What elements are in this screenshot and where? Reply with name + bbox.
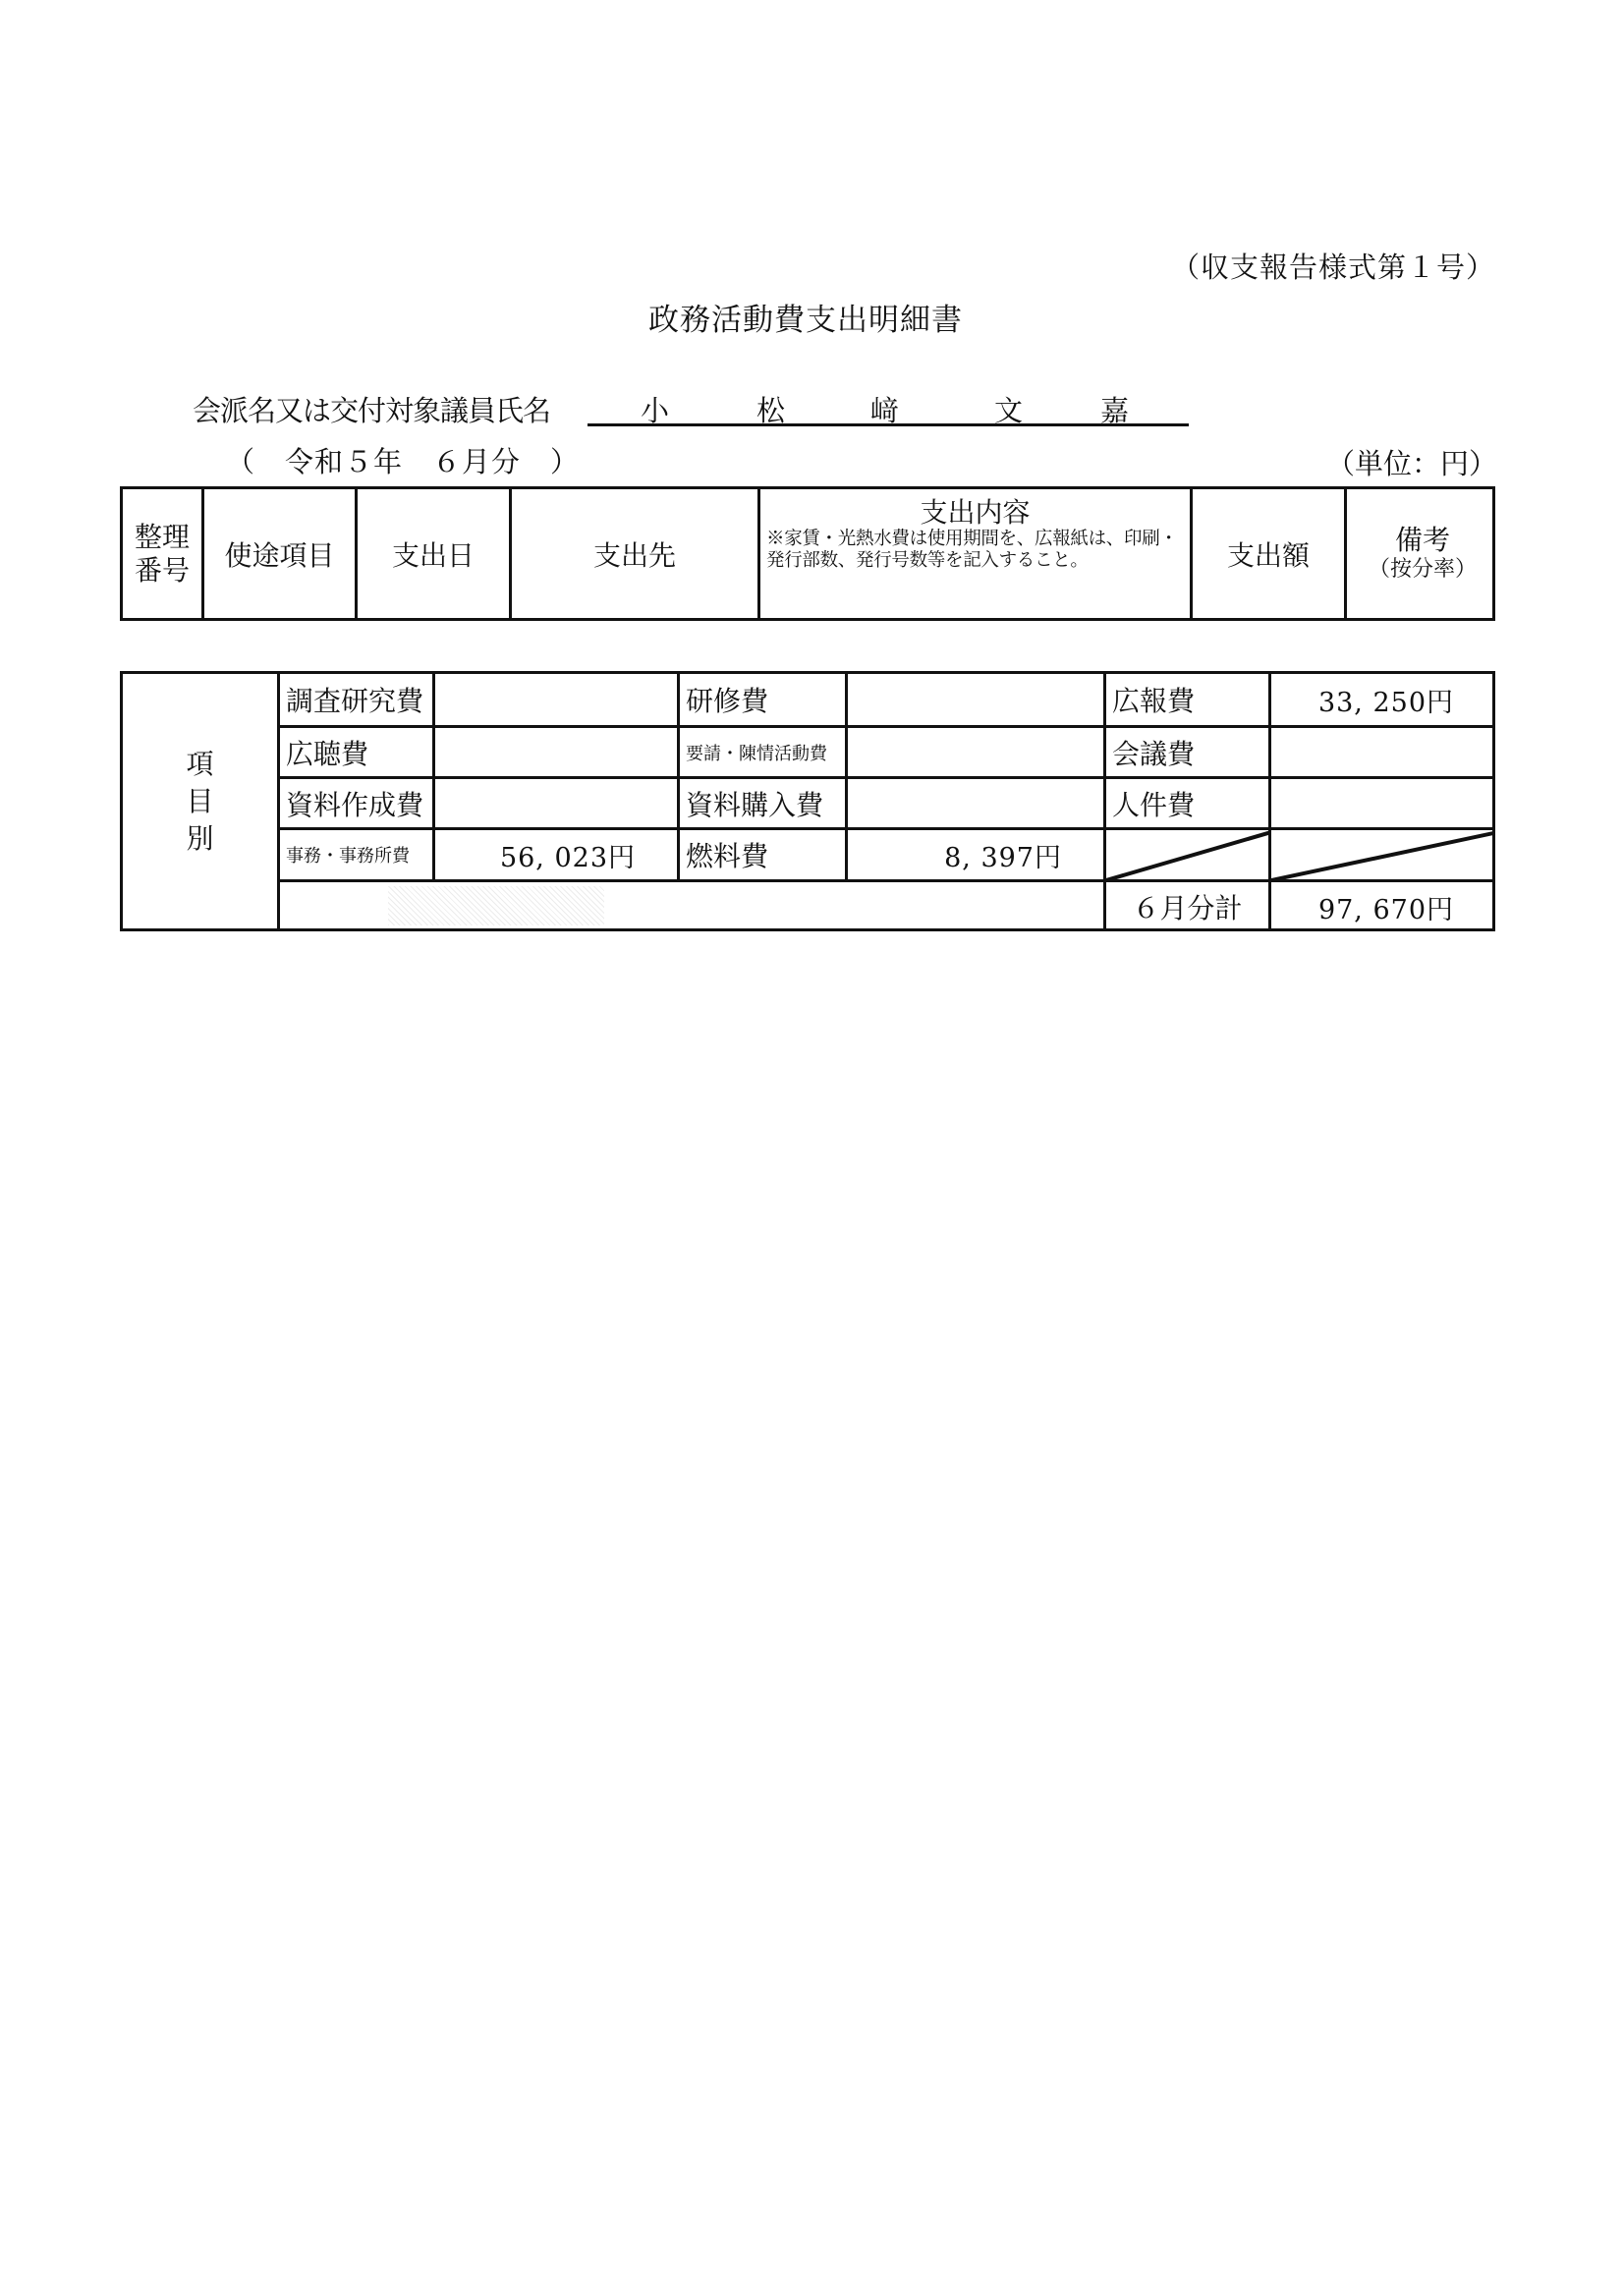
header-amount-label: 支出額: [1227, 534, 1310, 574]
struck-cell: [1103, 827, 1268, 879]
summary-row-header: 項目別: [123, 674, 277, 928]
header-payee: 支出先: [509, 489, 757, 618]
total-value: 97, 670円: [1268, 879, 1495, 931]
summary-label-cell: 広報費: [1103, 674, 1268, 725]
summary-value-cell: [1268, 725, 1495, 776]
summary-label-cell: 資料作成費: [277, 776, 432, 827]
summary-label-cell: 燃料費: [677, 827, 845, 879]
summary-row-header-text: 項目別: [187, 746, 214, 858]
struck-cell: [1268, 827, 1495, 879]
summary-table: 項目別 調査研究費研修費広報費33, 250円広聴費要請・陳情活動費会議費資料作…: [120, 671, 1495, 931]
member-name: 小 松 﨑 文 嘉: [588, 389, 1189, 424]
summary-label-cell: 資料購入費: [677, 776, 845, 827]
header-purpose-label: 使途項目: [224, 534, 334, 574]
summary-value-cell: [1268, 776, 1495, 827]
header-content-label: 支出内容: [766, 497, 1184, 529]
header-content-note: ※家賃・光熱水費は使用期間を、広報紙は、印刷・発行部数、発行号数等を記入すること…: [766, 529, 1184, 572]
detail-header-table: 整理 番号 使途項目 支出日 支出先 支出内容 ※家賃・光熱水費は使用期間を、広…: [120, 486, 1495, 621]
header-purpose: 使途項目: [201, 489, 355, 618]
summary-blank-cell: [277, 879, 1103, 931]
document-title: 政務活動費支出明細書: [648, 295, 963, 339]
header-date: 支出日: [355, 489, 509, 618]
header-date-label: 支出日: [392, 534, 475, 574]
header-remarks-label: 備考: [1369, 525, 1477, 556]
summary-label-cell: 事務・事務所費: [277, 827, 432, 879]
summary-label-cell: 広聴費: [277, 725, 432, 776]
header-ref-no-line2: 番号: [135, 554, 190, 588]
strike-line: [1271, 830, 1495, 879]
summary-value-cell: [845, 725, 1103, 776]
summary-label-cell: 人件費: [1103, 776, 1268, 827]
report-period: （ 令和５年 ６月分 ）: [226, 440, 580, 480]
summary-value-cell: 8, 397円: [845, 827, 1103, 879]
header-content: 支出内容 ※家賃・光熱水費は使用期間を、広報紙は、印刷・発行部数、発行号数等を記…: [757, 489, 1190, 618]
summary-value-cell: [432, 674, 677, 725]
name-label: 会派名又は交付対象議員氏名: [193, 389, 550, 429]
summary-value-cell: [845, 674, 1103, 725]
summary-value-cell: 56, 023円: [432, 827, 677, 879]
form-number: （収支報告様式第１号）: [1171, 246, 1495, 286]
header-amount: 支出額: [1190, 489, 1344, 618]
header-payee-label: 支出先: [593, 534, 676, 574]
total-label: ６月分計: [1103, 879, 1268, 931]
summary-label-cell: 研修費: [677, 674, 845, 725]
summary-value-cell: 33, 250円: [1268, 674, 1495, 725]
header-remarks-sub: （按分率）: [1369, 556, 1477, 584]
name-underline: [588, 423, 1189, 426]
summary-value-cell: [845, 776, 1103, 827]
strike-line: [1106, 830, 1268, 879]
summary-label-cell: 会議費: [1103, 725, 1268, 776]
unit-label: （単位：円）: [1326, 442, 1497, 482]
summary-value-cell: [432, 776, 677, 827]
summary-label-cell: 要請・陳情活動費: [677, 725, 845, 776]
header-ref-no-line1: 整理: [135, 521, 190, 554]
summary-label-cell: 調査研究費: [277, 674, 432, 725]
summary-value-cell: [432, 725, 677, 776]
header-ref-no: 整理 番号: [123, 489, 201, 618]
header-remarks: 備考 （按分率）: [1344, 489, 1498, 618]
